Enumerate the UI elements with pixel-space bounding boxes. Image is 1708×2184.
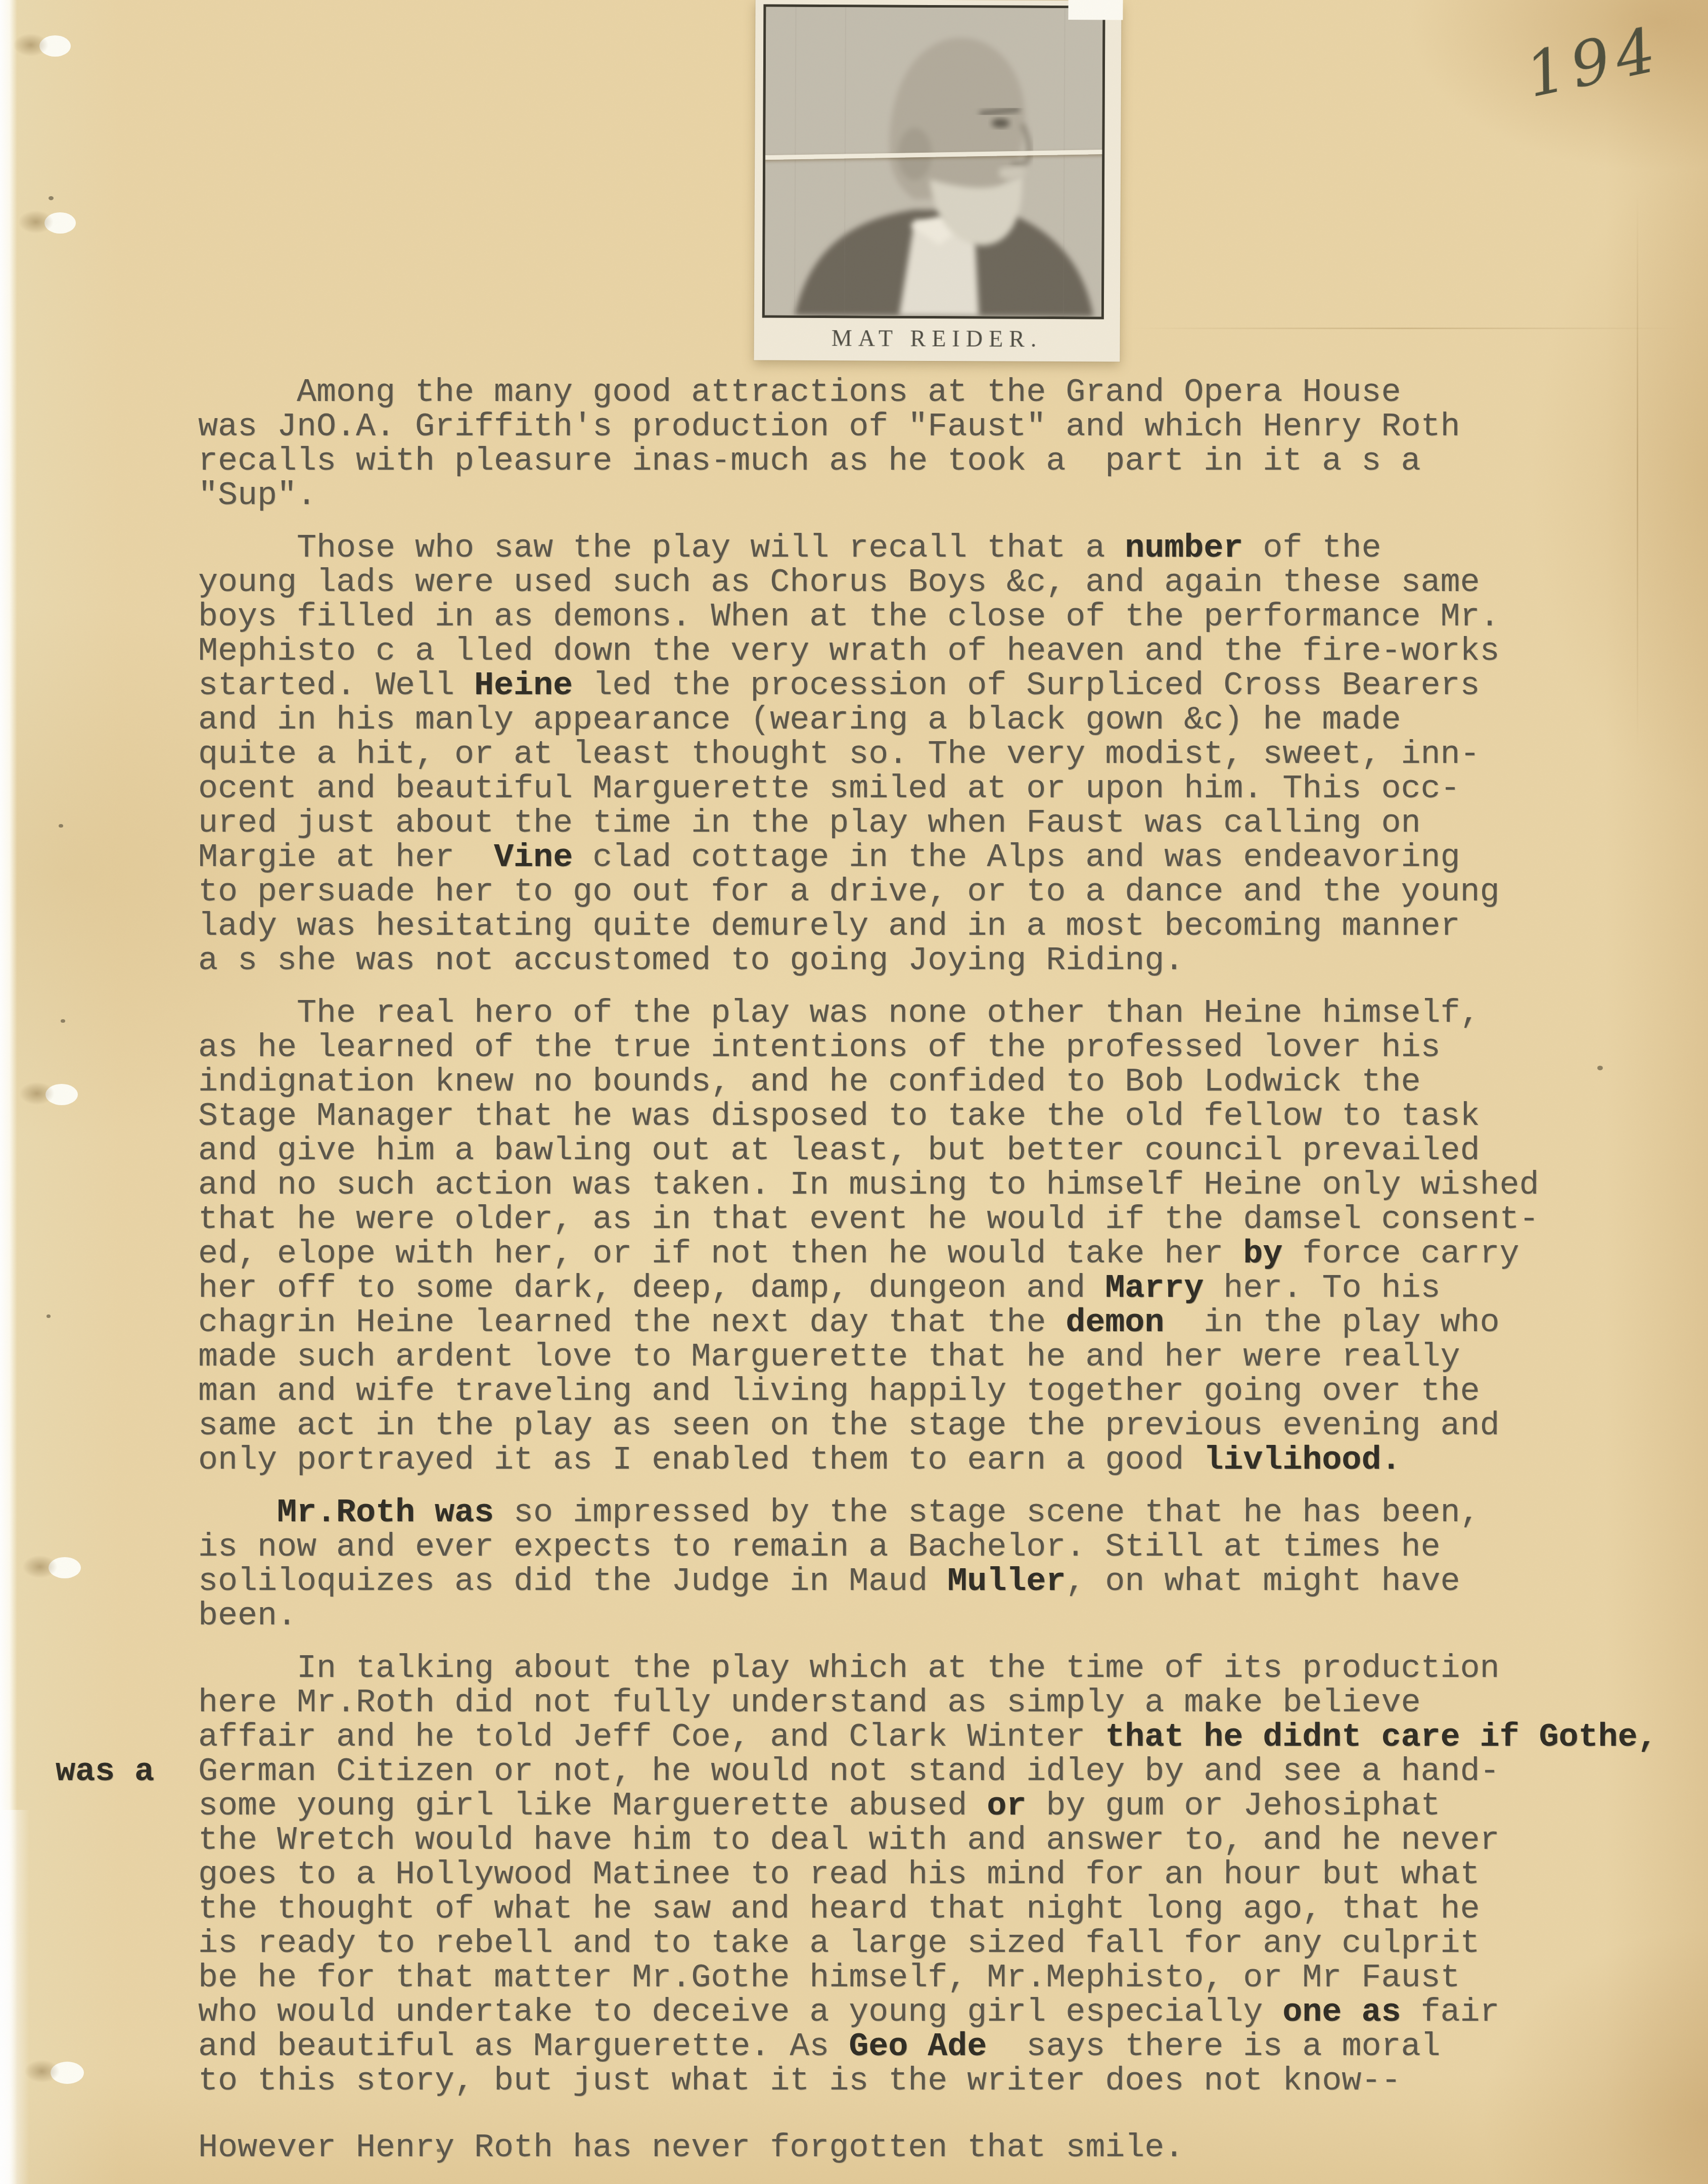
- typed-text: goes to a Hollywood Matinee to read his …: [198, 1856, 1480, 1893]
- typed-text: and give him a bawling out at least, but…: [198, 1132, 1480, 1169]
- typed-text: clad cottage in the Alps and was endeavo…: [573, 839, 1460, 876]
- punch-hole: [45, 1084, 78, 1105]
- typed-text: young lads were used such as Chorus Boys…: [198, 564, 1480, 601]
- text-line: lady was hesitating quite demurely and i…: [198, 909, 1708, 943]
- text-line: recalls with pleasure inas-much as he to…: [198, 444, 1708, 478]
- typed-text: and beautiful as Marguerette. As: [198, 2028, 849, 2065]
- text-line: Those who saw the play will recall that …: [198, 531, 1708, 565]
- typed-text: Among the many good attractions at the G…: [198, 374, 1401, 411]
- typed-text: The real hero of the play was none other…: [198, 994, 1480, 1032]
- typed-text: Those who saw the play will recall that …: [198, 529, 1125, 567]
- typed-text: man and wife traveling and living happil…: [198, 1373, 1480, 1410]
- text-line: goes to a Hollywood Matinee to read his …: [198, 1857, 1708, 1892]
- typed-text: started. Well: [198, 667, 474, 704]
- clipping-torn-notch: [1068, 0, 1123, 20]
- text-line: Mr.Roth was so impressed by the stage sc…: [198, 1495, 1708, 1530]
- typed-text: same act in the play as seen on the stag…: [198, 1407, 1499, 1444]
- typed-text: made such ardent love to Marguerette tha…: [198, 1338, 1460, 1376]
- text-line: the thought of what he saw and heard tha…: [198, 1892, 1708, 1926]
- overtyped-text: Mr.Roth was: [277, 1494, 494, 1531]
- typed-text: In talking about the play which at the t…: [198, 1650, 1499, 1687]
- typed-text: chagrin Heine learned the next day that …: [198, 1304, 1066, 1341]
- foxing-speck: [49, 196, 54, 200]
- paragraph: In talking about the play which at the t…: [198, 1651, 1708, 2165]
- overtyped-text: if Gothe,: [1480, 1718, 1657, 1756]
- typed-text: Margie at her: [198, 839, 494, 876]
- text-line: "Sup".: [198, 478, 1708, 513]
- typed-text: and no such action was taken. In musing …: [198, 1166, 1539, 1204]
- portrait-photo: [762, 4, 1105, 319]
- typed-text: some young girl like Marguerette abused: [198, 1787, 987, 1825]
- typed-text: who would undertake to deceive a young g…: [198, 1993, 1282, 2031]
- text-line: ed, elope with her, or if not then he wo…: [198, 1237, 1708, 1271]
- typed-text: to persuade her to go out for a drive, o…: [198, 873, 1499, 911]
- overtyped-text: Muller: [947, 1563, 1066, 1600]
- text-line: here Mr.Roth did not fully understand as…: [198, 1686, 1708, 1720]
- typed-text: the Wretch would have him to deal with a…: [198, 1822, 1499, 1859]
- typed-text: only portrayed it as I enabled them to e…: [198, 1441, 1204, 1479]
- text-line: ocent and beautiful Marguerette smiled a…: [198, 771, 1708, 806]
- text-line: be he for that matter Mr.Gothe himself, …: [198, 1961, 1708, 1995]
- typed-text: her. To his: [1204, 1269, 1440, 1307]
- text-line: that he were older, as in that event he …: [198, 1202, 1708, 1237]
- typed-text: been.: [198, 1597, 297, 1634]
- portrait-illustration: [765, 7, 1103, 317]
- typed-text: her off to some dark, deep, damp, dungeo…: [198, 1269, 1105, 1307]
- typed-text: Mephisto c a lled down the very wrath of…: [198, 632, 1499, 670]
- overtyped-text: demon: [1066, 1304, 1164, 1341]
- typed-text: [198, 1494, 277, 1531]
- overtyped-text: Geo Ade: [849, 2028, 987, 2065]
- foxing-speck: [61, 1019, 65, 1023]
- overtyped-text: livlihood.: [1204, 1441, 1401, 1479]
- text-line: ured just about the time in the play whe…: [198, 806, 1708, 840]
- punch-hole: [49, 1557, 81, 1578]
- typed-text: so impressed by the stage scene that he …: [494, 1494, 1480, 1531]
- typed-text: , on what might have: [1066, 1563, 1460, 1600]
- typed-text: as he learned of the true intentions of …: [198, 1029, 1440, 1066]
- typed-text: says there is a moral: [987, 2028, 1440, 2065]
- text-line: Among the many good attractions at the G…: [198, 375, 1708, 409]
- text-line: who would undertake to deceive a young g…: [198, 1995, 1708, 2029]
- text-line: the Wretch would have him to deal with a…: [198, 1823, 1708, 1857]
- typed-text: to this story, but just what it is the w…: [198, 2062, 1401, 2100]
- typed-text: lady was hesitating quite demurely and i…: [198, 907, 1460, 945]
- text-line: started. Well Heine led the procession o…: [198, 668, 1708, 703]
- overtyped-text: that he didnt care: [1105, 1718, 1460, 1756]
- text-line: same act in the play as seen on the stag…: [198, 1408, 1708, 1443]
- text-line: Stage Manager that he was disposed to ta…: [198, 1099, 1708, 1133]
- text-line: to persuade her to go out for a drive, o…: [198, 875, 1708, 909]
- margin-note: was a: [56, 1754, 154, 1789]
- text-line: and in his manly appearance (wearing a b…: [198, 703, 1708, 737]
- typed-text: Stage Manager that he was disposed to ta…: [198, 1098, 1480, 1135]
- paragraph: Among the many good attractions at the G…: [198, 375, 1708, 513]
- typed-text: [1460, 1718, 1480, 1756]
- text-line: chagrin Heine learned the next day that …: [198, 1305, 1708, 1340]
- typed-text: that he were older, as in that event he …: [198, 1201, 1539, 1238]
- typed-text: here Mr.Roth did not fully understand as…: [198, 1684, 1420, 1721]
- typed-text: a s she was not accustomed to going Joyi…: [198, 942, 1184, 979]
- typed-text: the thought of what he saw and heard tha…: [198, 1890, 1480, 1928]
- typed-text: force carry: [1282, 1235, 1519, 1272]
- paragraph: The real hero of the play was none other…: [198, 996, 1708, 1477]
- typewritten-text-block: Among the many good attractions at the G…: [198, 375, 1708, 2183]
- text-line: affair and he told Jeff Coe, and Clark W…: [198, 1720, 1708, 1754]
- foxing-speck: [59, 824, 63, 828]
- torn-left-edge-lower: [0, 1810, 29, 2184]
- typed-text: indignation knew no bounds, and he confi…: [198, 1063, 1420, 1101]
- typed-text: fair: [1401, 1993, 1499, 2031]
- text-line: and no such action was taken. In musing …: [198, 1168, 1708, 1202]
- typed-text: "Sup".: [198, 477, 316, 514]
- text-line: a s she was not accustomed to going Joyi…: [198, 943, 1708, 978]
- text-line: her off to some dark, deep, damp, dungeo…: [198, 1271, 1708, 1305]
- typed-text: led the procession of Surpliced Cross Be…: [573, 667, 1480, 704]
- text-line: to this story, but just what it is the w…: [198, 2064, 1708, 2098]
- overtyped-text: Vine: [494, 839, 573, 876]
- punch-hole: [39, 35, 71, 57]
- text-line: only portrayed it as I enabled them to e…: [198, 1443, 1708, 1477]
- photo-caption: MAT REIDER.: [754, 324, 1120, 352]
- typed-text: ocent and beautiful Marguerette smiled a…: [198, 770, 1460, 807]
- typed-text: ured just about the time in the play whe…: [198, 804, 1420, 842]
- text-line: and give him a bawling out at least, but…: [198, 1133, 1708, 1168]
- text-line: and beautiful as Marguerette. As Geo Ade…: [198, 2029, 1708, 2064]
- typed-text: German Citizen or not, he would not stan…: [198, 1753, 1499, 1790]
- paragraph: Those who saw the play will recall that …: [198, 531, 1708, 978]
- text-line: young lads were used such as Chorus Boys…: [198, 565, 1708, 600]
- text-line: some young girl like Marguerette abused …: [198, 1789, 1708, 1823]
- text-line: quite a hit, or at least thought so. The…: [198, 737, 1708, 771]
- text-line: indignation knew no bounds, and he confi…: [198, 1065, 1708, 1099]
- text-line: been.: [198, 1599, 1708, 1633]
- typed-text: ed, elope with her, or if not then he wo…: [198, 1235, 1243, 1272]
- overtyped-text: or: [987, 1787, 1026, 1825]
- paper-crease: [1127, 328, 1683, 329]
- typed-text: recalls with pleasure inas-much as he to…: [198, 442, 1420, 480]
- text-line: made such ardent love to Marguerette tha…: [198, 1340, 1708, 1374]
- text-line: is now and ever expects to remain a Bach…: [198, 1530, 1708, 1564]
- typed-text: quite a hit, or at least thought so. The…: [198, 736, 1480, 773]
- typed-text: by gum or Jehosiphat: [1026, 1787, 1440, 1825]
- typed-text: is ready to rebell and to take a large s…: [198, 1925, 1480, 1962]
- typed-text: in the play who: [1164, 1304, 1499, 1341]
- overtyped-text: one as: [1282, 1993, 1401, 2031]
- typed-text: of the: [1243, 529, 1381, 567]
- text-line: man and wife traveling and living happil…: [198, 1374, 1708, 1408]
- page-number: 194: [1519, 13, 1668, 112]
- typed-text: was JnO.A. Griffith's production of "Fau…: [198, 408, 1460, 445]
- text-line: was aGerman Citizen or not, he would not…: [198, 1754, 1708, 1789]
- typed-text: be he for that matter Mr.Gothe himself, …: [198, 1959, 1460, 1996]
- photo-clipping: MAT REIDER.: [754, 0, 1121, 362]
- punch-hole: [44, 212, 76, 234]
- paragraph: Mr.Roth was so impressed by the stage sc…: [198, 1495, 1708, 1633]
- text-line: In talking about the play which at the t…: [198, 1651, 1708, 1686]
- text-line: Mephisto c a lled down the very wrath of…: [198, 634, 1708, 668]
- text-line: was JnO.A. Griffith's production of "Fau…: [198, 409, 1708, 444]
- text-line: is ready to rebell and to take a large s…: [198, 1926, 1708, 1961]
- typed-text: is now and ever expects to remain a Bach…: [198, 1528, 1440, 1566]
- typed-text: and in his manly appearance (wearing a b…: [198, 701, 1401, 739]
- text-line: boys filled in as demons. When at the cl…: [198, 600, 1708, 634]
- overtyped-text: Heine: [474, 667, 573, 704]
- text-line: The real hero of the play was none other…: [198, 996, 1708, 1030]
- text-line: soliloquizes as did the Judge in Maud Mu…: [198, 1564, 1708, 1599]
- text-line: However Henry Roth has never forgotten t…: [198, 2130, 1708, 2165]
- overtyped-text: by: [1243, 1235, 1282, 1272]
- typed-text: soliloquizes as did the Judge in Maud: [198, 1563, 947, 1600]
- text-line: as he learned of the true intentions of …: [198, 1030, 1708, 1065]
- scanned-scrapbook-page: MAT REIDER. 194 Among the many good attr…: [0, 0, 1708, 2184]
- foxing-speck: [47, 1314, 51, 1318]
- typed-text: boys filled in as demons. When at the cl…: [198, 598, 1499, 635]
- typed-text: However Henry Roth has never forgotten t…: [198, 2129, 1184, 2166]
- typed-text: affair and he told Jeff Coe, and Clark W…: [198, 1718, 1105, 1756]
- text-line: Margie at her Vine clad cottage in the A…: [198, 840, 1708, 875]
- overtyped-text: Marry: [1105, 1269, 1204, 1307]
- overtyped-text: number: [1125, 529, 1243, 567]
- punch-hole: [51, 2062, 84, 2084]
